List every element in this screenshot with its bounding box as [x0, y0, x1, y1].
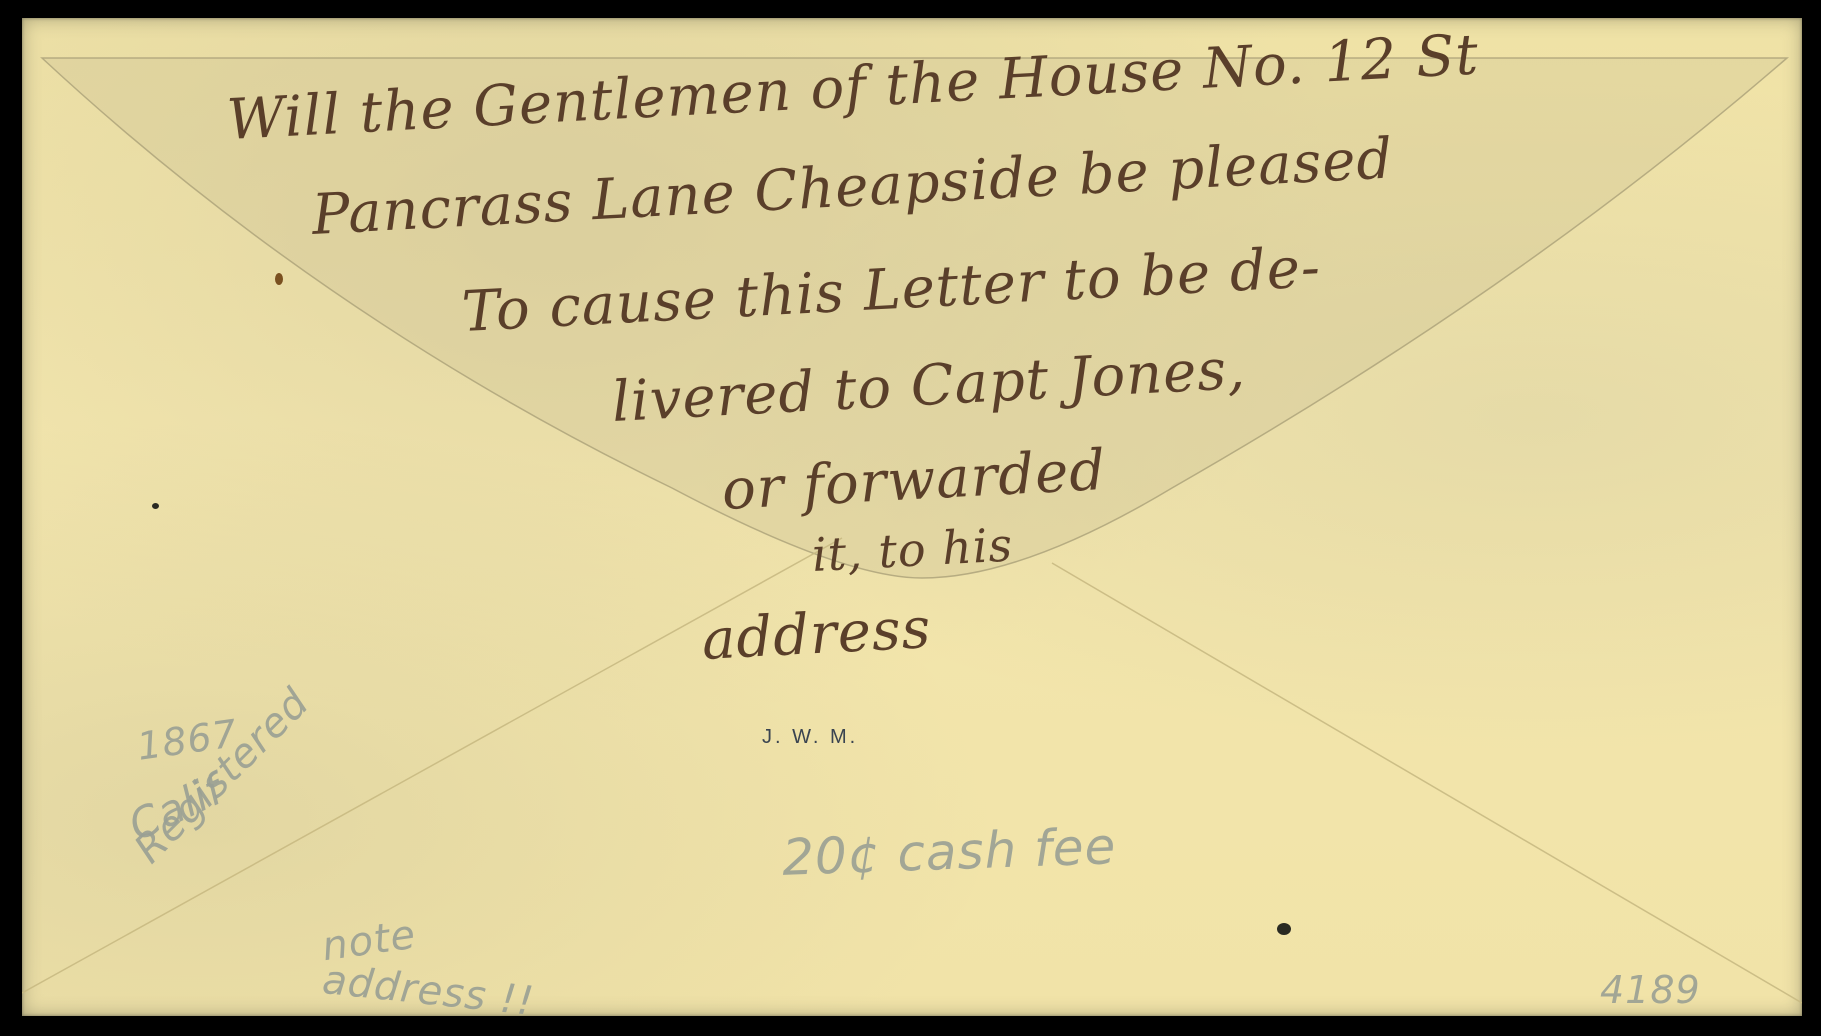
- photo-frame: Will the Gentlemen of the House No. 12 S…: [0, 0, 1821, 1036]
- stain-mark: [152, 503, 159, 509]
- ink-note-line-7: address: [700, 596, 933, 673]
- pencil-note-cash-fee: 20¢ cash fee: [781, 817, 1117, 887]
- ink-note-line-6: it, to his: [811, 518, 1015, 582]
- envelope-back: Will the Gentlemen of the House No. 12 S…: [22, 18, 1802, 1016]
- stain-mark: [1277, 923, 1291, 935]
- stain-mark: [275, 273, 283, 285]
- pencil-note-inventory-number: 4189: [1600, 968, 1701, 1012]
- jwm-handstamp: J. W. M.: [762, 726, 858, 749]
